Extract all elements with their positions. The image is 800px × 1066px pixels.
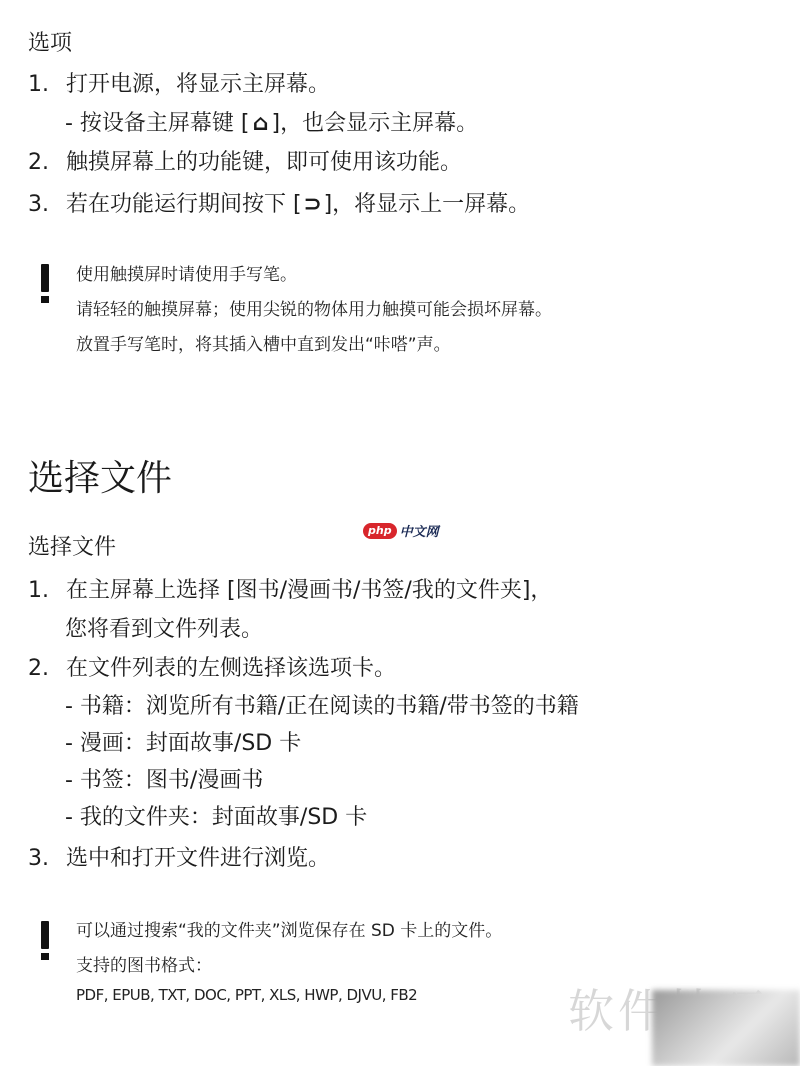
note-line: 放置手写笔时，将其插入槽中直到发出“咔嗒”声。	[76, 330, 451, 355]
select-file-heading: 选择文件	[28, 530, 116, 561]
select-step-3: 3.选中和打开文件进行浏览。	[28, 841, 330, 872]
exclamation-icon	[41, 264, 50, 303]
options-step-3: 3.若在功能运行期间按下 [⊃]，将显示上一屏幕。	[28, 187, 530, 218]
exclamation-icon	[41, 921, 50, 960]
select-step-1: 1.在主屏幕上选择 [图书/漫画书/书签/我的文件夹]，	[28, 573, 552, 604]
tab-item-books: - 书籍：浏览所有书籍/正在阅读的书籍/带书签的书籍	[65, 689, 579, 720]
options-step-1: 1.打开电源，将显示主屏幕。	[28, 67, 330, 98]
select-step-2: 2.在文件列表的左侧选择该选项卡。	[28, 651, 396, 682]
note-line: 可以通过搜索“我的文件夹”浏览保存在 SD 卡上的文件。	[76, 916, 502, 941]
site-watermark-logo: php 中文网	[363, 521, 439, 540]
php-logo-icon: php	[363, 523, 397, 539]
tab-item-my-folder: - 我的文件夹：封面故事/SD 卡	[65, 800, 367, 831]
supported-formats: PDF, EPUB, TXT, DOC, PPT, XLS, HWP, DJVU…	[76, 986, 417, 1004]
tab-item-comics: - 漫画：封面故事/SD 卡	[65, 726, 301, 757]
select-step-1-continuation: 您将看到文件列表。	[65, 612, 263, 643]
back-key-icon: ⊃	[302, 192, 324, 217]
tab-item-bookmarks: - 书签：图书/漫画书	[65, 763, 263, 794]
options-heading: 选项	[28, 26, 72, 57]
note-line: 使用触摸屏时请使用手写笔。	[76, 260, 297, 285]
options-step-2: 2.触摸屏幕上的功能键，即可使用该功能。	[28, 145, 462, 176]
corner-watermark-blur	[652, 990, 800, 1066]
note-line: 支持的图书格式：	[76, 951, 212, 976]
note-line: 请轻轻的触摸屏幕；使用尖锐的物体用力触摸可能会损坏屏幕。	[76, 295, 552, 320]
section-title: 选择文件	[28, 450, 172, 501]
home-key-icon: ⌂	[250, 111, 272, 136]
options-sub-step-home: - 按设备主屏幕键 [⌂]，也会显示主屏幕。	[65, 106, 478, 137]
